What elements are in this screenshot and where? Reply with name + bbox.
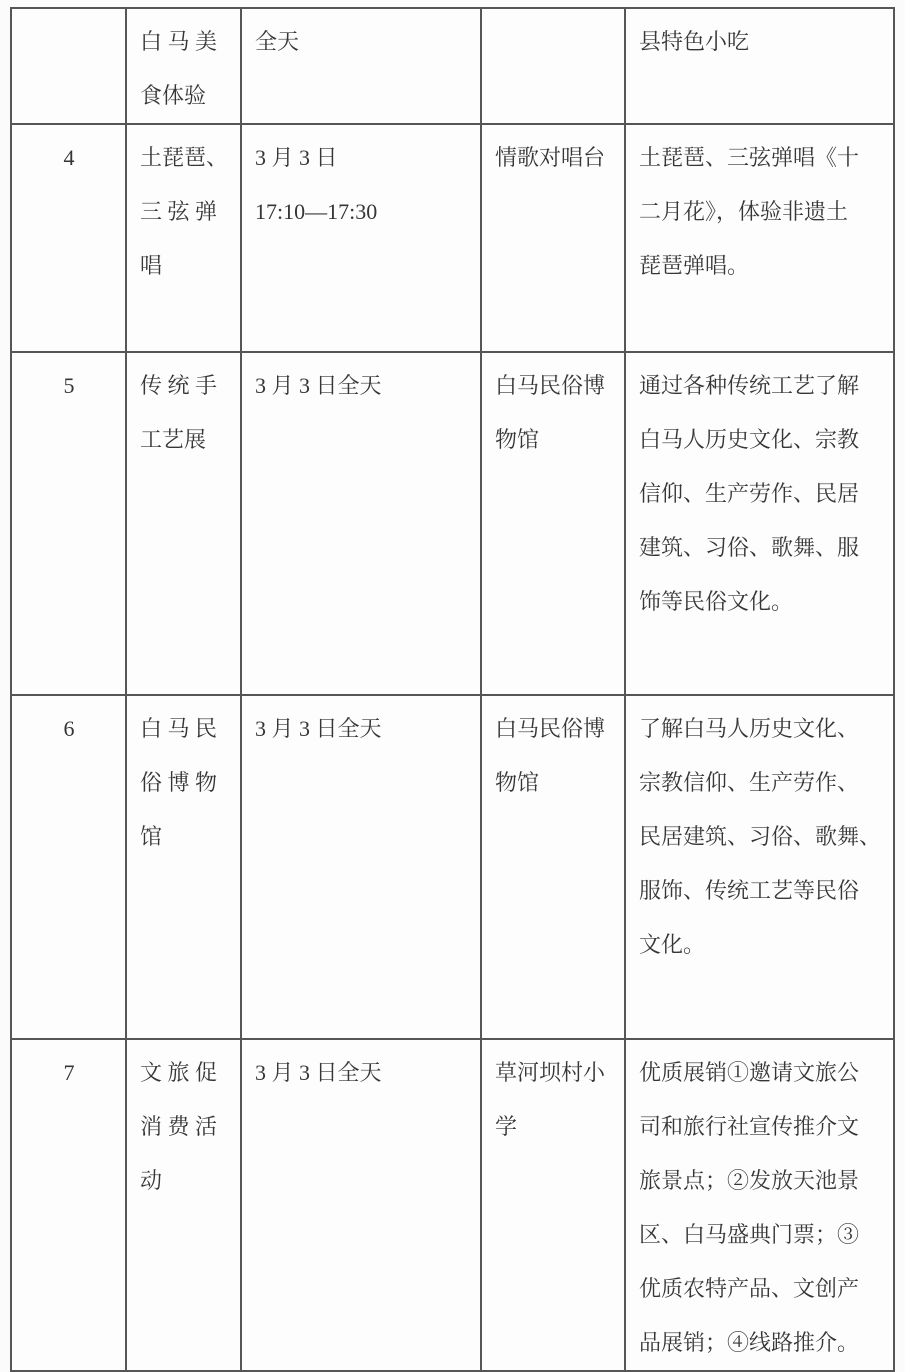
cell-time: 3 月 3 日 17:10—17:30 (241, 124, 481, 352)
cell-activity: 白 马 美 食体验 (126, 8, 241, 124)
cell-description: 土琵琶、三弦弹唱《十 二月花》，体验非遗土 琵琶弹唱。 (625, 124, 894, 352)
cell-location: 白马民俗博 物馆 (481, 695, 625, 1039)
table-row: 4 土琵琶、 三 弦 弹 唱 3 月 3 日 17:10—17:30 情歌对唱台… (11, 124, 894, 352)
cell-description: 县特色小吃 (625, 8, 894, 124)
cell-number (11, 8, 126, 124)
cell-location (481, 8, 625, 124)
cell-time: 3 月 3 日全天 (241, 695, 481, 1039)
table-row: 白 马 美 食体验 全天 县特色小吃 (11, 8, 894, 124)
cell-number: 4 (11, 124, 126, 352)
cell-number: 5 (11, 352, 126, 695)
cell-activity: 文 旅 促 消 费 活 动 (126, 1039, 241, 1371)
schedule-table: 白 马 美 食体验 全天 县特色小吃 4 土琵琶、 三 弦 弹 唱 3 月 3 … (10, 7, 895, 1372)
cell-description: 了解白马人历史文化、 宗教信仰、生产劳作、 民居建筑、习俗、歌舞、 服饰、传统工… (625, 695, 894, 1039)
cell-activity: 白 马 民 俗 博 物 馆 (126, 695, 241, 1039)
cell-activity: 土琵琶、 三 弦 弹 唱 (126, 124, 241, 352)
cell-description: 通过各种传统工艺了解 白马人历史文化、宗教 信仰、生产劳作、民居 建筑、习俗、歌… (625, 352, 894, 695)
cell-time: 3 月 3 日全天 (241, 1039, 481, 1371)
cell-description: 优质展销①邀请文旅公 司和旅行社宣传推介文 旅景点；②发放天池景 区、白马盛典门… (625, 1039, 894, 1371)
cell-activity: 传 统 手 工艺展 (126, 352, 241, 695)
cell-location: 草河坝村小 学 (481, 1039, 625, 1371)
cell-location: 白马民俗博 物馆 (481, 352, 625, 695)
cell-time: 3 月 3 日全天 (241, 352, 481, 695)
table-row: 7 文 旅 促 消 费 活 动 3 月 3 日全天 草河坝村小 学 优质展销①邀… (11, 1039, 894, 1371)
table-row: 5 传 统 手 工艺展 3 月 3 日全天 白马民俗博 物馆 通过各种传统工艺了… (11, 352, 894, 695)
cell-number: 7 (11, 1039, 126, 1371)
cell-location: 情歌对唱台 (481, 124, 625, 352)
cell-time: 全天 (241, 8, 481, 124)
table-row: 6 白 马 民 俗 博 物 馆 3 月 3 日全天 白马民俗博 物馆 了解白马人… (11, 695, 894, 1039)
cell-number: 6 (11, 695, 126, 1039)
document-page: 白 马 美 食体验 全天 县特色小吃 4 土琵琶、 三 弦 弹 唱 3 月 3 … (0, 0, 905, 1372)
